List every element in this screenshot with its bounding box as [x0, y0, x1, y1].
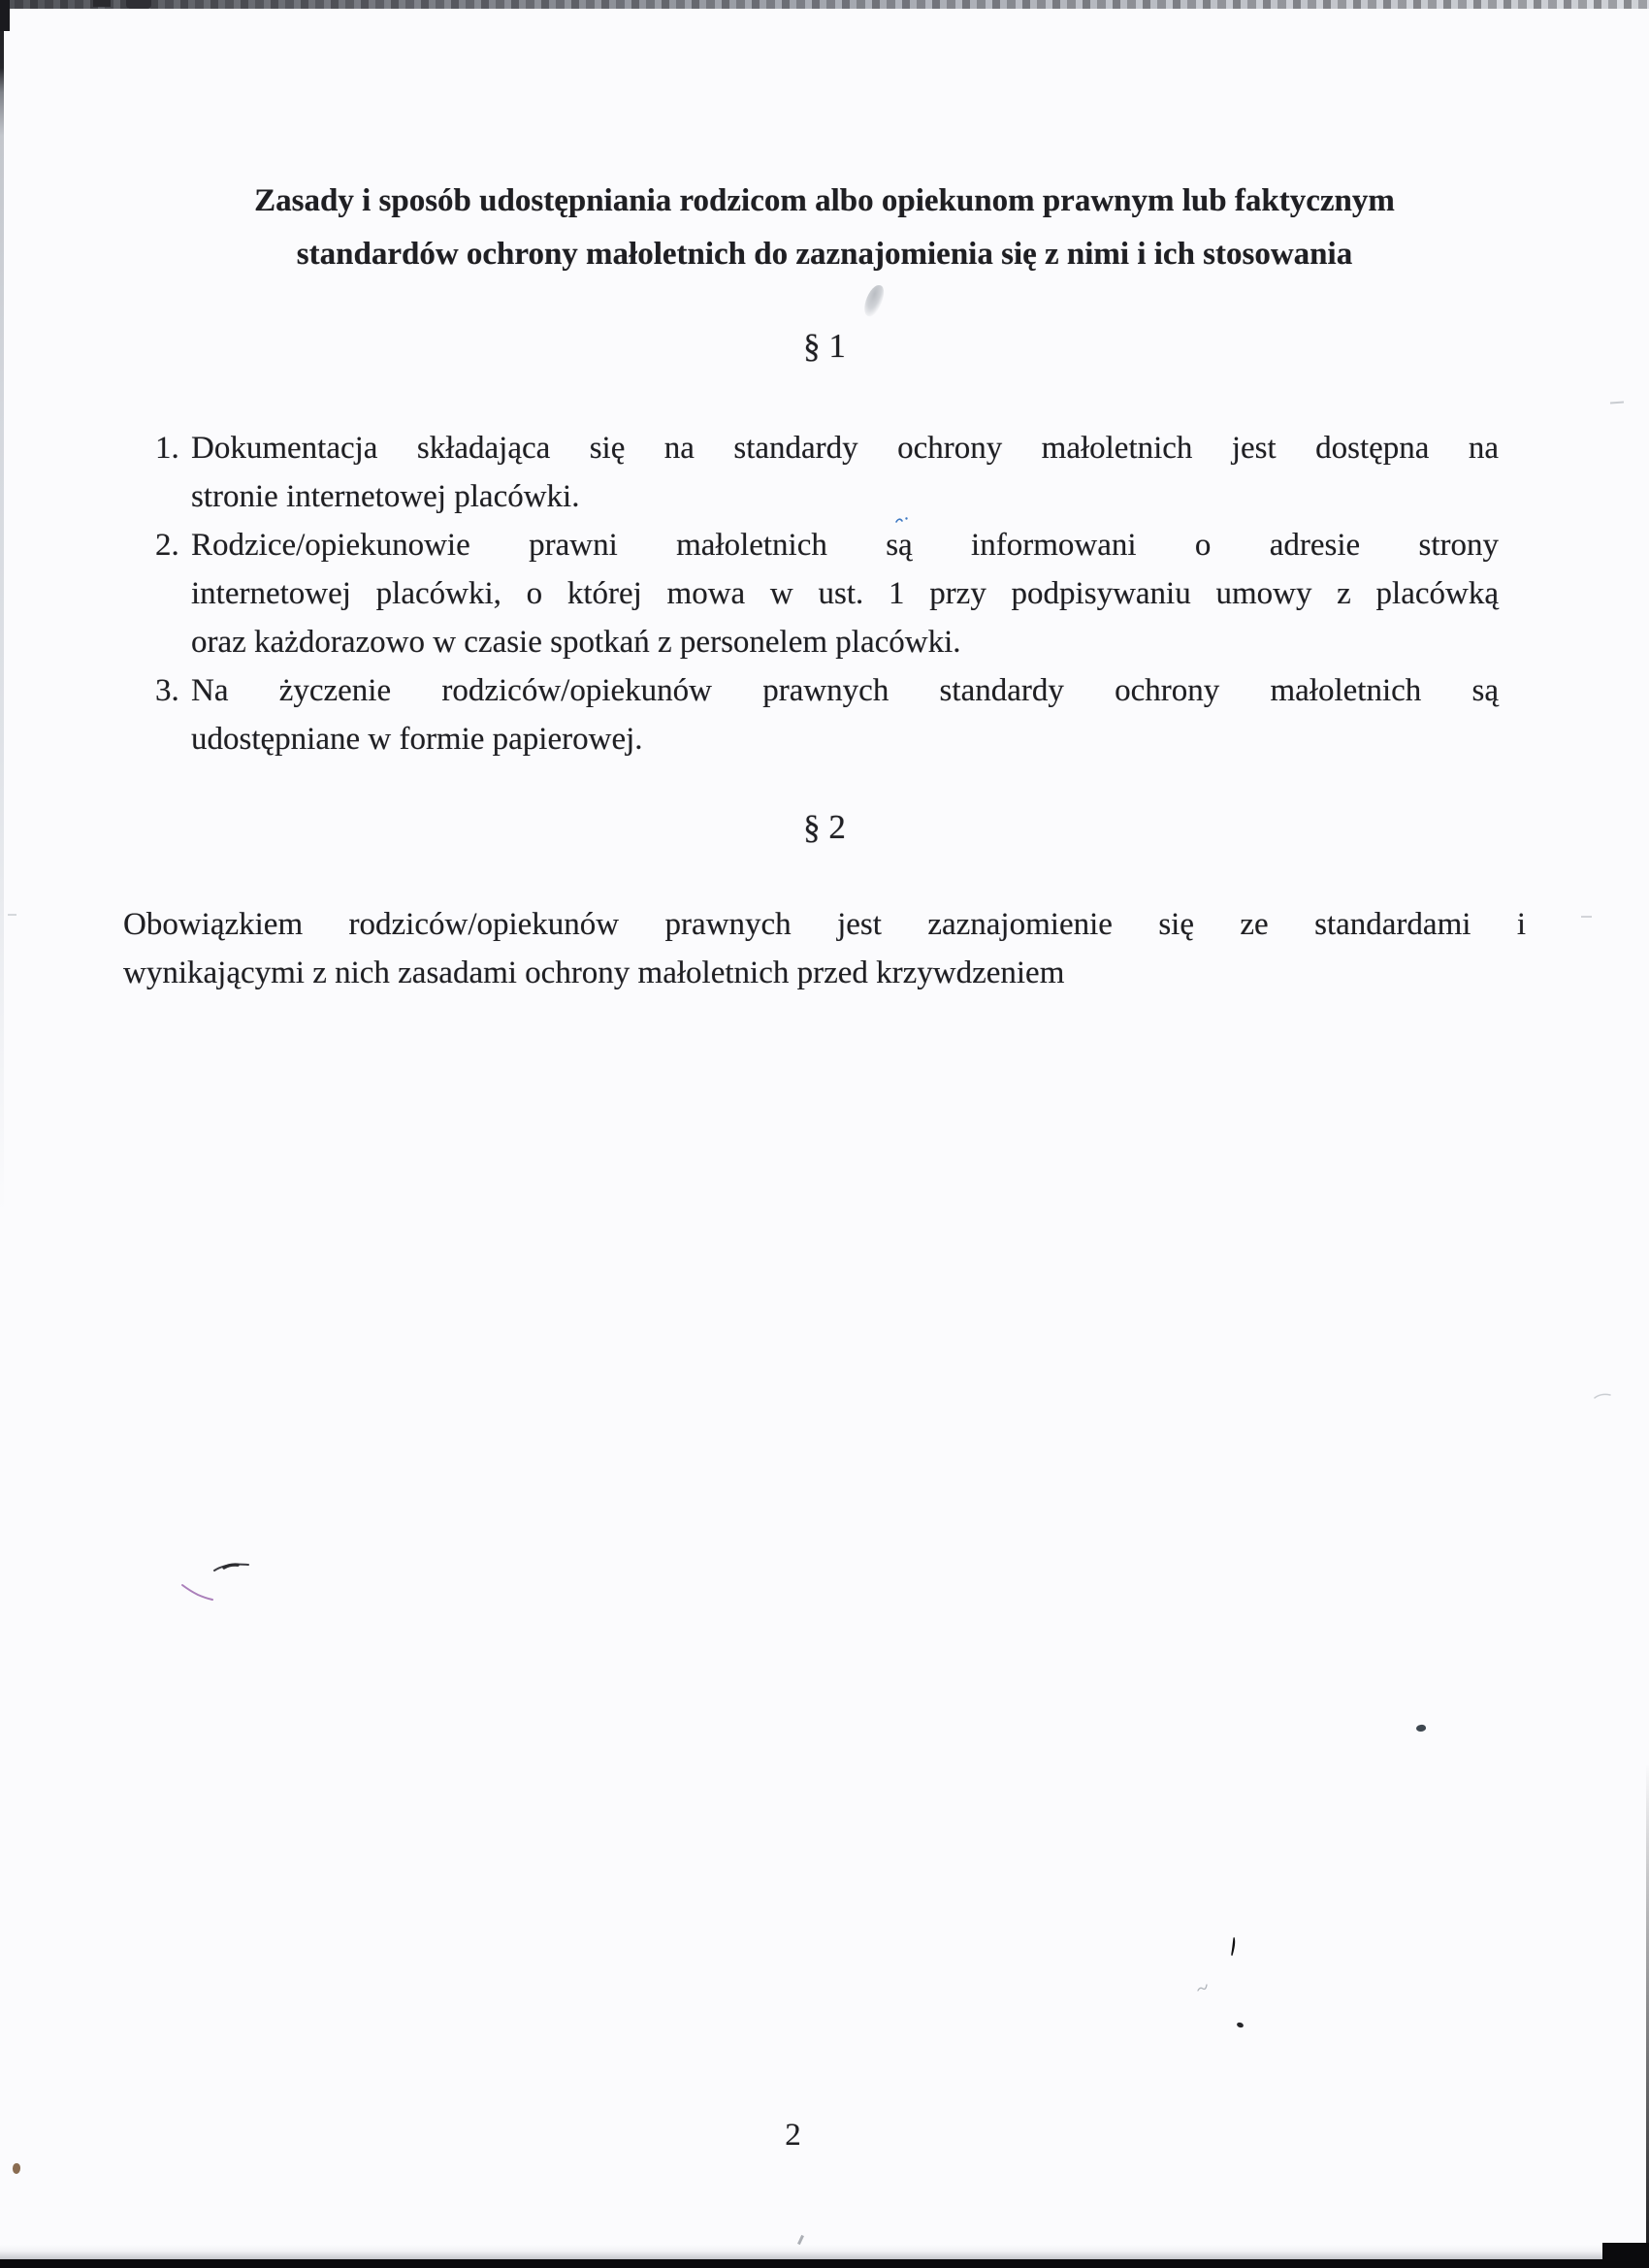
faint-dash	[1581, 916, 1592, 918]
brown-speck	[13, 2163, 20, 2174]
dark-scratch	[212, 1559, 251, 1574]
closing-paragraph: Obowiązkiem rodziców/opiekunów prawnych …	[123, 900, 1526, 997]
gray-dash	[797, 2235, 804, 2245]
scan-edge-top-nub	[126, 0, 151, 9]
scan-edge-left	[0, 0, 4, 1213]
title-line-1: Zasady i sposób udostępniania rodzicom a…	[123, 175, 1526, 228]
list-item-text-line: internetowej placówki, o której mowa w u…	[191, 569, 1499, 618]
section-1-heading: § 1	[123, 322, 1526, 371]
faint-curve	[1593, 1391, 1612, 1401]
title-line-2: standardów ochrony małoletnich do zaznaj…	[123, 228, 1526, 281]
scan-edge-top-left-corner	[0, 0, 10, 31]
purple-scratch	[180, 1581, 215, 1603]
faint-dash	[8, 914, 16, 916]
faint-scribble	[1195, 1981, 1211, 1994]
scan-edge-bottom-shadow	[0, 2245, 1649, 2259]
gray-smudge	[861, 282, 887, 318]
numbered-list: 1. Dokumentacja składająca się na standa…	[155, 424, 1499, 763]
document-title: Zasady i sposób udostępniania rodzicom a…	[123, 175, 1526, 281]
paragraph-line: wynikającymi z nich zasadami ochrony mał…	[123, 949, 1526, 997]
list-item-text-line: udostępniane w formie papierowej.	[191, 715, 1499, 763]
scan-edge-top-nub	[93, 0, 111, 7]
list-item-text-line: Na życzenie rodziców/opiekunów prawnych …	[191, 666, 1499, 715]
list-item-1: 1. Dokumentacja składająca się na standa…	[155, 424, 1499, 521]
list-item-text-line: oraz każdorazowo w czasie spotkań z pers…	[191, 618, 1499, 666]
list-item-3: 3. Na życzenie rodziców/opiekunów prawny…	[155, 666, 1499, 763]
scan-edge-bottom-right-corner	[1602, 2243, 1649, 2268]
scan-edge-bottom	[0, 2259, 1649, 2268]
ink-tick	[1226, 1936, 1238, 1958]
list-item-text-line: stronie internetowej placówki.	[191, 472, 1499, 521]
list-item-number: 1.	[155, 424, 191, 521]
section-2-heading: § 2	[123, 803, 1526, 852]
page-number: 2	[771, 2111, 815, 2159]
faint-dash	[1610, 402, 1624, 405]
scan-edge-top	[0, 0, 1649, 9]
paragraph-line: Obowiązkiem rodziców/opiekunów prawnych …	[123, 900, 1526, 949]
list-item-text-line: Dokumentacja składająca się na standardy…	[191, 424, 1499, 472]
list-item-number: 2.	[155, 521, 191, 666]
list-item-number: 3.	[155, 666, 191, 763]
document-page: Zasady i sposób udostępniania rodzicom a…	[0, 0, 1649, 2268]
dark-speck	[1415, 1724, 1426, 1733]
blue-pen-mark	[894, 514, 912, 526]
ink-dot	[1236, 2022, 1244, 2028]
list-item-text-line: Rodzice/opiekunowie prawni małoletnich s…	[191, 521, 1499, 569]
list-item-2: 2. Rodzice/opiekunowie prawni małoletnic…	[155, 521, 1499, 666]
